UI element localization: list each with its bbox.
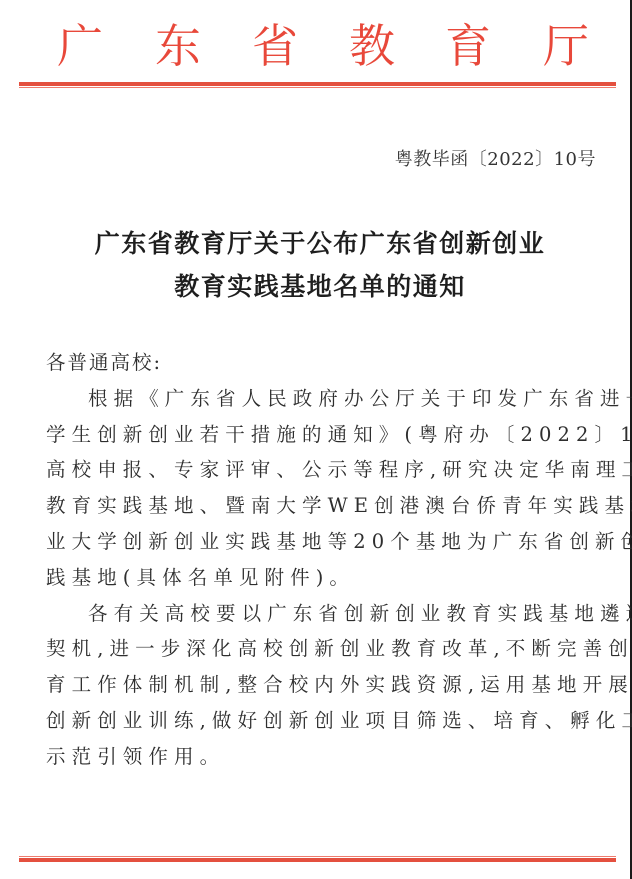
body-line: 根据《广东省人民政府办公厅关于印发广东省进一步支持大 xyxy=(46,381,594,417)
header-divider-thin xyxy=(19,87,616,88)
document-title: 广东省教育厅关于公布广东省创新创业 教育实践基地名单的通知 xyxy=(0,222,632,308)
masthead-char: 厅 xyxy=(536,18,596,74)
masthead-char: 省 xyxy=(245,18,305,74)
body-line: 创新创业训练,做好创新创业项目筛选、培育、孵化工作,发挥 xyxy=(46,703,594,739)
title-line: 广东省教育厅关于公布广东省创新创业 xyxy=(0,222,632,265)
salutation: 各普通高校: xyxy=(46,345,594,381)
body-line: 学生创新创业若干措施的通知》(粤府办〔2022〕16号),经过 xyxy=(46,417,594,453)
masthead-char: 育 xyxy=(438,18,498,74)
body-line: 育工作体制机制,整合校内外实践资源,运用基地开展好大学生 xyxy=(46,667,594,703)
masthead-char: 教 xyxy=(342,18,402,74)
paragraph: 根据《广东省人民政府办公厅关于印发广东省进一步支持大 学生创新创业若干措施的通知… xyxy=(46,381,594,596)
masthead-char: 东 xyxy=(148,18,208,74)
title-line: 教育实践基地名单的通知 xyxy=(0,265,632,308)
document-number: 粤教毕函〔2022〕10号 xyxy=(395,148,596,172)
footer-divider-thick xyxy=(19,858,616,862)
body-line: 业大学创新创业实践基地等20个基地为广东省创新创业教育实 xyxy=(46,524,594,560)
footer-divider-thin xyxy=(19,856,616,857)
body-line: 各有关高校要以广东省创新创业教育实践基地遴选活动为 xyxy=(46,596,594,632)
document-body: 各普通高校: 根据《广东省人民政府办公厅关于印发广东省进一步支持大 学生创新创业… xyxy=(46,345,594,775)
masthead-char: 广 xyxy=(50,18,110,74)
body-line: 示范引领作用。 xyxy=(46,739,594,775)
header-divider-thick xyxy=(19,82,616,86)
body-line: 高校申报、专家评审、公示等程序,研究决定华南理工大学双创 xyxy=(46,452,594,488)
body-line: 契机,进一步深化高校创新创业教育改革,不断完善创新创业教 xyxy=(46,631,594,667)
body-line: 教育实践基地、暨南大学WE创港澳台侨青年实践基地、华南农 xyxy=(46,488,594,524)
masthead: 广 东 省 教 育 厅 xyxy=(0,18,632,74)
body-line: 践基地(具体名单见附件)。 xyxy=(46,560,594,596)
paragraph: 各有关高校要以广东省创新创业教育实践基地遴选活动为 契机,进一步深化高校创新创业… xyxy=(46,596,594,775)
